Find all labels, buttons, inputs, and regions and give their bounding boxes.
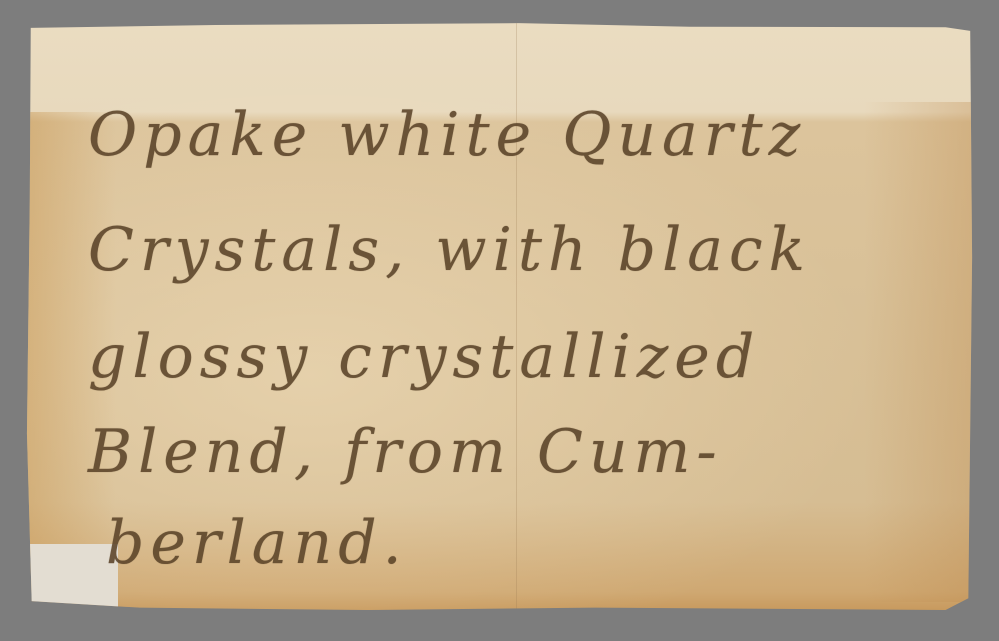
handwritten-label: Opake white Quartz Crystals, with black …: [26, 22, 974, 610]
water-stain-right: [864, 102, 974, 602]
label-line-5: berland.: [106, 508, 408, 578]
label-line-3: glossy crystallized: [88, 322, 760, 392]
label-line-2: Crystals, with black: [88, 215, 811, 285]
label-line-4: Blend, from Cum-: [88, 417, 723, 487]
torn-corner: [26, 544, 118, 610]
label-line-1: Opake white Quartz: [88, 100, 806, 170]
